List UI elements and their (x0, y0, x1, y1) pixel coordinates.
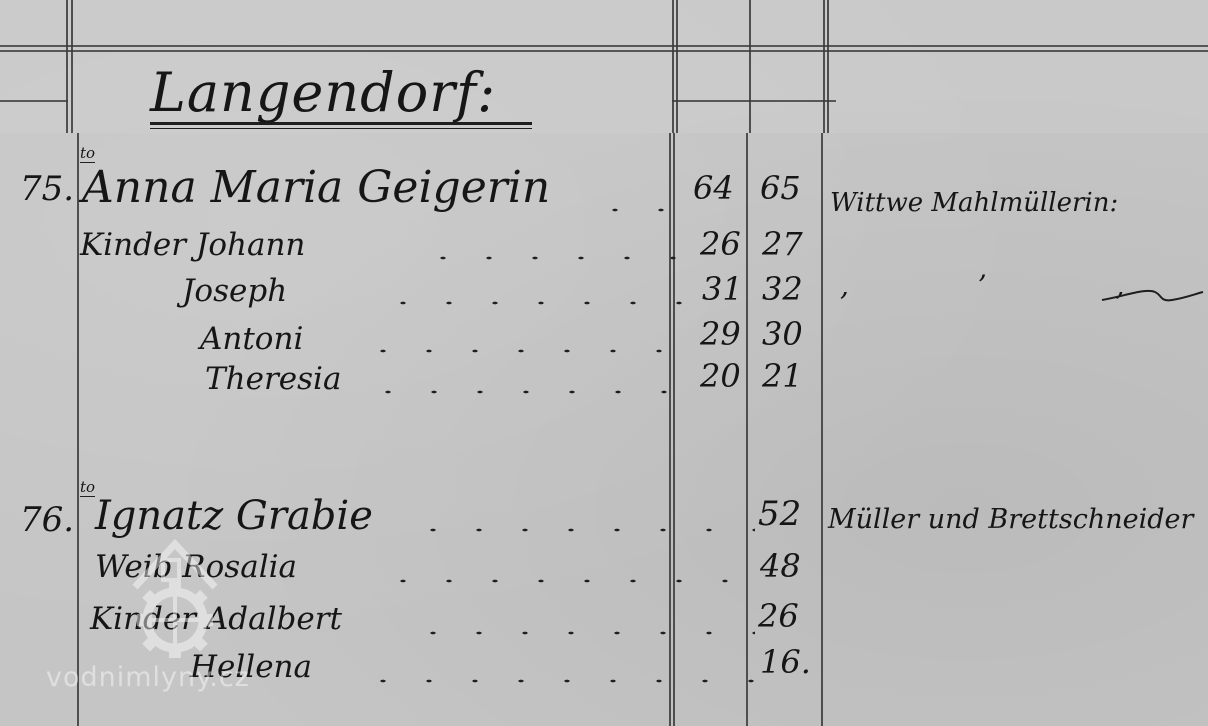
entry-number-suffix: to (80, 146, 95, 163)
column-rule-age1-lower-2 (673, 133, 675, 726)
dot-leader (410, 527, 755, 533)
dot-leader (380, 300, 690, 306)
age-previous: 29 (700, 318, 741, 350)
age-current: 21 (762, 360, 803, 392)
column-rule-remarks-2 (827, 0, 829, 133)
age-previous: 64 (693, 172, 734, 204)
column-rule-age1-2 (676, 0, 678, 133)
age-previous: 20 (700, 360, 741, 392)
column-rule-remarks-lower (821, 133, 823, 726)
age-current: 52 (758, 497, 801, 531)
dot-leader (420, 255, 690, 261)
dot-leader (365, 389, 690, 395)
person-name: Joseph (182, 276, 287, 307)
age-current: 32 (762, 273, 803, 305)
person-name: Kinder Johann (80, 230, 305, 261)
age-previous: 31 (702, 273, 743, 305)
dot-leader (592, 207, 692, 213)
heading-underline-thin (150, 128, 532, 129)
age-current: 65 (760, 172, 801, 204)
age-current: 16. (760, 646, 811, 678)
margin-rule-lower (77, 133, 79, 726)
column-rule-remarks (823, 0, 825, 133)
heading-underline (150, 122, 532, 125)
column-rule-age2 (749, 0, 751, 133)
village-heading: Langendorf: (150, 66, 496, 120)
margin-rule-left-2 (71, 0, 73, 133)
dot-leader (410, 630, 755, 636)
watermark-text: vodnimlyny.cz (46, 662, 250, 693)
column-rule-age1-lower (669, 133, 671, 726)
mill-gear-house-icon (115, 532, 235, 662)
occupation-remark: Wittwe Mahlmüllerin: (830, 190, 1118, 216)
column-rule-age1 (672, 0, 674, 133)
occupation-remark: Müller und Brettschneider (828, 506, 1193, 533)
header-rule-2 (0, 50, 1208, 52)
margin-rule-left (66, 0, 68, 133)
dot-leader (360, 678, 755, 684)
age-current: 27 (762, 228, 803, 260)
entry-number: 76. (20, 503, 74, 537)
person-name: Antoni (200, 324, 303, 355)
age-current: 26 (758, 600, 799, 632)
person-name: Ignatz Grabie (95, 496, 373, 536)
ditto-swash-icon (1100, 282, 1205, 306)
column-rule-age2-lower (746, 133, 748, 726)
age-sub-rule (672, 100, 836, 102)
entry-number: 75. (20, 172, 74, 206)
scanned-register-page: Langendorf: 75. to Anna Maria Geigerin 6… (0, 0, 1208, 726)
header-rule (0, 45, 1208, 47)
entry-number-suffix: to (80, 480, 95, 497)
person-name: Anna Maria Geigerin (82, 166, 550, 210)
age-current: 48 (760, 550, 801, 582)
person-name: Theresia (205, 364, 341, 395)
age-previous: 26 (700, 228, 741, 260)
age-current: 30 (762, 318, 803, 350)
dot-leader (360, 348, 690, 354)
margin-sub-rule (0, 100, 68, 102)
dot-leader (380, 578, 755, 584)
